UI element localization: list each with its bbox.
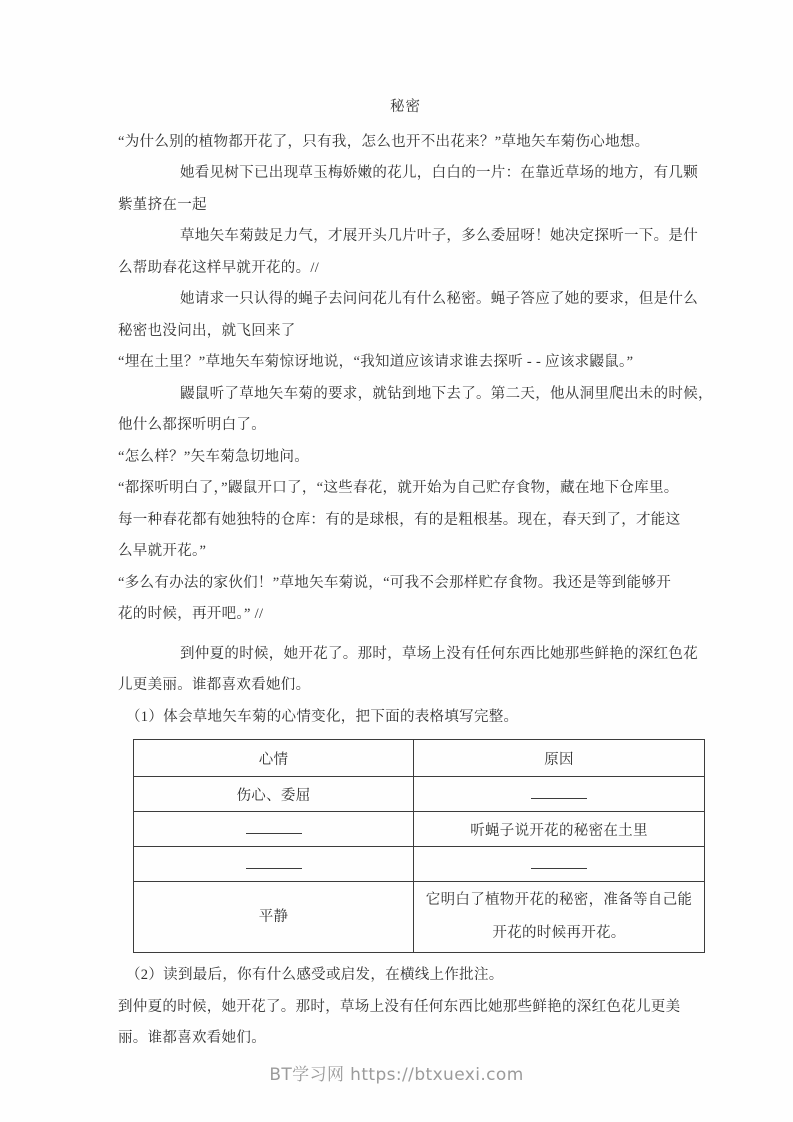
question-2-label: （2）读到最后，你有什么感受或启发，在横线上作批注。 (118, 960, 693, 992)
table-row: 平静 它明白了植物开花的秘密，准备等自己能开花的时候再开花。 (134, 882, 705, 953)
reason-cell: 听蝇子说开花的秘密在土里 (414, 812, 705, 847)
passage-line: 么帮助春花这样早就开花的。// (118, 253, 693, 285)
table-header-row: 心情 原因 (134, 740, 705, 777)
table-header-mood: 心情 (134, 740, 414, 777)
document-page: 秘密 “为什么别的植物都开花了，只有我，怎么也开不出花来？”草地矢车菊伤心地想。… (0, 0, 793, 1122)
mood-cell (134, 847, 414, 882)
table-row: 听蝇子说开花的秘密在土里 (134, 812, 705, 847)
passage: 秘密 “为什么别的植物都开花了，只有我，怎么也开不出花来？”草地矢车菊伤心地想。… (118, 92, 693, 1055)
passage-line: 她请求一只认得的蝇子去问问花儿有什么秘密。蝇子答应了她的要求，但是什么 (118, 284, 693, 316)
mood-reason-table: 心情 原因 伤心、委屈 听蝇子说开花的秘密在土里 平静 它明白了植物开花的秘密，… (133, 739, 705, 953)
table-header-reason: 原因 (414, 740, 705, 777)
passage-line: 到仲夏的时候，她开花了。那时，草场上没有任何东西比她那些鲜艳的深红色花 (118, 639, 693, 671)
footer-watermark: BT学习网 https://btxuexi.com (0, 1060, 793, 1085)
passage-line: “为什么别的植物都开花了，只有我，怎么也开不出花来？”草地矢车菊伤心地想。 (118, 127, 693, 159)
closing-line: 丽。谁都喜欢看她们。 (118, 1023, 693, 1055)
table-row: 伤心、委屈 (134, 777, 705, 812)
blank-line (531, 785, 587, 799)
question-1-label: （1）体会草地矢车菊的心情变化，把下面的表格填写完整。 (118, 702, 693, 734)
mood-cell: 平静 (134, 882, 414, 953)
reason-cell: 它明白了植物开花的秘密，准备等自己能开花的时候再开花。 (414, 882, 705, 953)
passage-line: 花的时候，再开吧。” // (118, 599, 693, 631)
mood-cell (134, 812, 414, 847)
passage-line: “多么有办法的家伙们！”草地矢车菊说，“可我不会那样贮存食物。我还是等到能够开 (118, 568, 693, 600)
blank-line (531, 855, 587, 869)
passage-line: 么早就开花。” (118, 536, 693, 568)
reason-cell (414, 777, 705, 812)
passage-line: 他什么都探听明白了。 (118, 410, 693, 442)
passage-title: 秘密 (118, 92, 693, 124)
passage-line: 鼹鼠听了草地矢车菊的要求，就钻到地下去了。第二天，他从洞里爬出未的时候， (118, 379, 693, 411)
passage-line: 草地矢车菊鼓足力气，才展开头几片叶子，多么委屈呀！她决定探听一下。是什 (118, 221, 693, 253)
blank-line (246, 820, 302, 834)
passage-line: “都探听明白了，”鼹鼠开口了，“这些春花，就开始为自己贮存食物，藏在地下仓库里。 (118, 473, 693, 505)
passage-line: 每一种春花都有她独特的仓库：有的是球根，有的是粗根基。现在，春天到了，才能这 (118, 505, 693, 537)
table-row (134, 847, 705, 882)
passage-line: 秘密也没问出，就飞回来了 (118, 316, 693, 348)
passage-line: 儿更美丽。谁都喜欢看她们。 (118, 670, 693, 702)
blank-line (246, 855, 302, 869)
mood-cell: 伤心、委屈 (134, 777, 414, 812)
reason-cell (414, 847, 705, 882)
passage-line: 紫堇挤在一起 (118, 190, 693, 222)
passage-line: “埋在土里？”草地矢车菊惊讶地说，“我知道应该请求谁去探听 - - 应该求鼹鼠。… (118, 347, 693, 379)
passage-line: “怎么样？”矢车菊急切地问。 (118, 442, 693, 474)
closing-line: 到仲夏的时候，她开花了。那时，草场上没有任何东西比她那些鲜艳的深红色花儿更美 (118, 992, 693, 1024)
passage-line: 她看见树下已出现草玉梅娇嫩的花儿，白白的一片：在靠近草场的地方，有几颗 (118, 158, 693, 190)
